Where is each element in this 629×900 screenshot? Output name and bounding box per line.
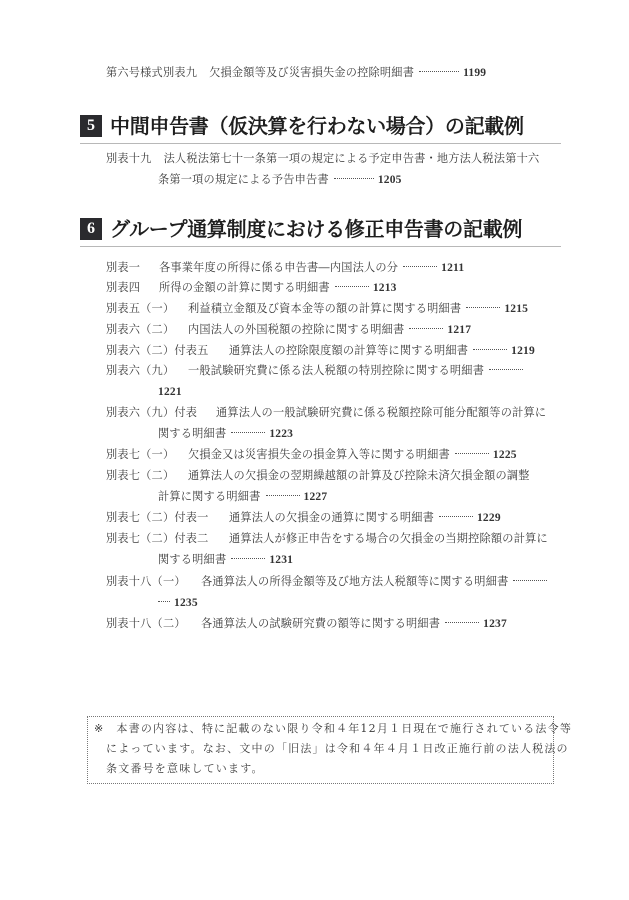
entry-title: 所得の金額の計算に関する明細書 [159, 281, 330, 294]
entry-title: 内国法人の外国税額の控除に関する明細書 [188, 323, 404, 336]
page-number: 1227 [304, 491, 328, 503]
section-number-badge: 6 [80, 218, 102, 240]
toc-entry-continuation[interactable]: 1221 [158, 385, 182, 399]
page-number: 1237 [483, 618, 507, 630]
page-number: 1211 [441, 262, 464, 274]
leader-dots [473, 349, 507, 350]
entry-code: 別表六（九） [106, 364, 188, 378]
leader-dots [334, 178, 374, 179]
leader-dots [466, 307, 500, 308]
leader-dots [419, 71, 459, 72]
note-text: 条文番号を意味しています。 [106, 762, 264, 776]
toc-entry[interactable]: 別表七（二）付表二通算法人が修正申告をする場合の欠損金の当期控除額の計算に [106, 532, 548, 546]
toc-entry[interactable]: 別表七（二）付表一通算法人の欠損金の通算に関する明細書1229 [106, 511, 501, 525]
page-number: 1225 [493, 449, 517, 461]
leader-dots [489, 369, 523, 370]
section-number-badge: 5 [80, 115, 102, 137]
entry-code: 別表四 [106, 281, 159, 295]
toc-entry[interactable]: 別表五（一）利益積立金額及び資本金等の額の計算に関する明細書1215 [106, 302, 528, 316]
page-number: 1231 [269, 554, 293, 566]
entry-code: 別表十九 [106, 152, 152, 165]
entry-title: 通算法人の控除限度額の計算等に関する明細書 [229, 344, 468, 357]
toc-entry[interactable]: 別表十八（二）各通算法人の試験研究費の額等に関する明細書1237 [106, 617, 507, 631]
entry-code: 別表七（二）付表一 [106, 511, 229, 525]
leader-dots [403, 266, 437, 267]
toc-entry[interactable]: 別表四所得の金額の計算に関する明細書1213 [106, 281, 397, 295]
page-number: 1219 [511, 345, 535, 357]
section-title: グループ通算制度における修正申告書の記載例 [110, 216, 522, 242]
page-number: 1205 [378, 174, 402, 186]
leader-dots [335, 286, 369, 287]
leader-dots [439, 516, 473, 517]
page-number: 1223 [269, 428, 293, 440]
entry-title: 計算に関する明細書 [158, 490, 261, 503]
page-number: 1229 [477, 512, 501, 524]
note-mark: ※ [94, 722, 104, 735]
toc-entry[interactable]: 別表六（二）内国法人の外国税額の控除に関する明細書1217 [106, 323, 471, 337]
entry-code: 別表七（二） [106, 469, 188, 483]
entry-title: 関する明細書 [158, 427, 226, 440]
toc-entry-continuation[interactable]: 1235 [158, 596, 198, 610]
leader-dots [409, 328, 443, 329]
entry-code: 別表六（二）付表五 [106, 344, 229, 358]
toc-entry[interactable]: 別表六（九）一般試験研究費に係る法人税額の特別控除に関する明細書 [106, 364, 527, 378]
leader-dots [231, 558, 265, 559]
toc-entry[interactable]: 別表十九法人税法第七十一条第一項の規定による予定申告書・地方法人税法第十六 [106, 152, 539, 166]
note-text: によっています。なお、文中の「旧法」は令和４年４月１日改正施行前の法人税法の [106, 742, 569, 756]
toc-entry-continuation[interactable]: 関する明細書1223 [158, 427, 293, 441]
entry-code: 別表六（九）付表 [106, 406, 216, 420]
entry-title: 通算法人が修正申告をする場合の欠損金の当期控除額の計算に [229, 532, 548, 545]
toc-entry-continuation[interactable]: 計算に関する明細書1227 [158, 490, 327, 504]
leader-dots [445, 622, 479, 623]
entry-title: 欠損金額等及び災害損失金の控除明細書 [209, 66, 414, 79]
toc-entry[interactable]: 別表一各事業年度の所得に係る申告書―内国法人の分1211 [106, 261, 464, 275]
section-title: 中間申告書（仮決算を行わない場合）の記載例 [110, 113, 524, 139]
toc-entry[interactable]: 別表六（九）付表通算法人の一般試験研究費に係る税額控除可能分配額等の計算に [106, 406, 546, 420]
leader-dots [231, 432, 265, 433]
page-number: 1213 [373, 282, 397, 294]
entry-title: 一般試験研究費に係る法人税額の特別控除に関する明細書 [188, 364, 484, 377]
note-text: ※本書の内容は、特に記載のない限り令和４年12月１日現在で施行されている法令等 [94, 722, 572, 736]
entry-title: 欠損金又は災害損失金の損金算入等に関する明細書 [188, 448, 450, 461]
entry-code: 別表六（二） [106, 323, 188, 337]
leader-dots [266, 495, 300, 496]
entry-title: 条第一項の規定による予告申告書 [158, 173, 329, 186]
section-heading-5: 5 中間申告書（仮決算を行わない場合）の記載例 [80, 113, 561, 144]
leader-dots [158, 601, 170, 602]
leader-dots [513, 580, 547, 581]
entry-code: 別表一 [106, 261, 159, 275]
toc-entry[interactable]: 第六号様式別表九欠損金額等及び災害損失金の控除明細書1199 [106, 66, 486, 80]
entry-title: 法人税法第七十一条第一項の規定による予定申告書・地方法人税法第十六 [164, 152, 540, 165]
page-number: 1235 [174, 597, 198, 609]
entry-code: 別表十八（二） [106, 617, 201, 631]
entry-code: 別表七（二）付表二 [106, 532, 229, 546]
entry-title: 各通算法人の所得金額等及び地方法人税額等に関する明細書 [201, 575, 508, 588]
toc-entry-continuation[interactable]: 条第一項の規定による予告申告書1205 [158, 173, 402, 187]
entry-code: 第六号様式別表九 [106, 66, 197, 79]
toc-entry[interactable]: 別表七（一）欠損金又は災害損失金の損金算入等に関する明細書1225 [106, 448, 517, 462]
entry-title: 利益積立金額及び資本金等の額の計算に関する明細書 [188, 302, 461, 315]
entry-title: 通算法人の欠損金の通算に関する明細書 [229, 511, 434, 524]
page-number: 1199 [463, 67, 486, 79]
entry-title: 関する明細書 [158, 553, 226, 566]
entry-title: 通算法人の欠損金の翌期繰越額の計算及び控除未済欠損金額の調整 [188, 469, 530, 482]
entry-code: 別表七（一） [106, 448, 188, 462]
page-number: 1215 [504, 303, 528, 315]
entry-title: 通算法人の一般試験研究費に係る税額控除可能分配額等の計算に [216, 406, 546, 419]
page-number: 1217 [447, 324, 471, 336]
toc-entry[interactable]: 別表六（二）付表五通算法人の控除限度額の計算等に関する明細書1219 [106, 344, 535, 358]
toc-entry-continuation[interactable]: 関する明細書1231 [158, 553, 293, 567]
page-number: 1221 [158, 386, 182, 398]
entry-code: 別表十八（一） [106, 575, 201, 589]
entry-title: 各通算法人の試験研究費の額等に関する明細書 [201, 617, 440, 630]
section-heading-6: 6 グループ通算制度における修正申告書の記載例 [80, 216, 561, 247]
toc-entry[interactable]: 別表七（二）通算法人の欠損金の翌期繰越額の計算及び控除未済欠損金額の調整 [106, 469, 530, 483]
leader-dots [455, 453, 489, 454]
toc-entry[interactable]: 別表十八（一）各通算法人の所得金額等及び地方法人税額等に関する明細書 [106, 575, 551, 589]
entry-title: 各事業年度の所得に係る申告書―内国法人の分 [159, 261, 398, 274]
entry-code: 別表五（一） [106, 302, 188, 316]
